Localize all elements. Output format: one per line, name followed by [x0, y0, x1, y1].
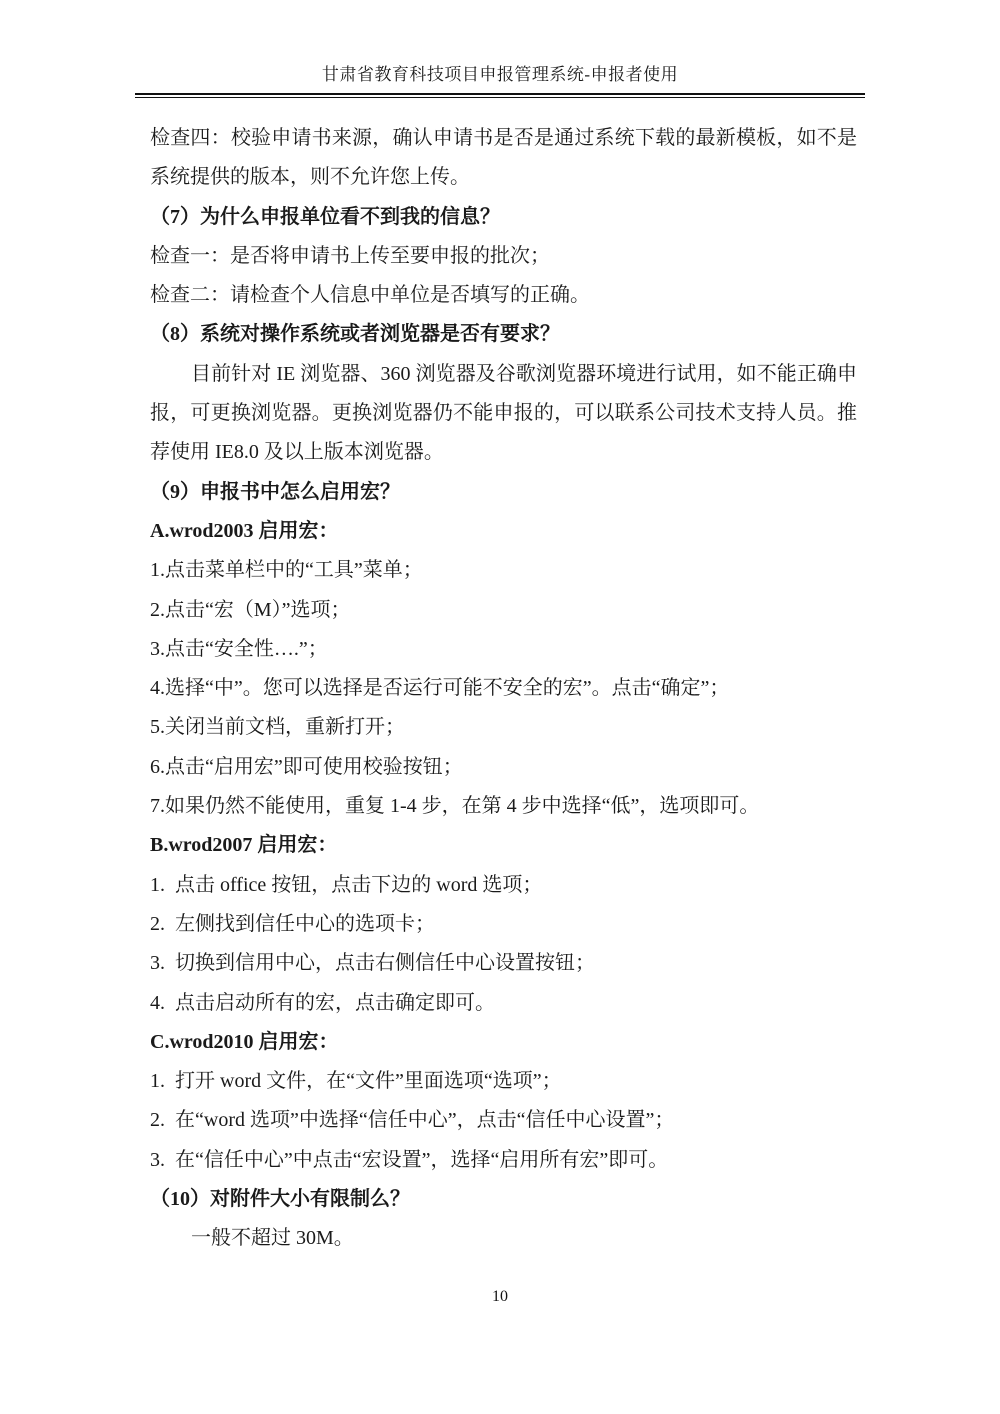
paragraph: 2. 左侧找到信任中心的选项卡； [150, 905, 857, 944]
section-heading: （8）系统对操作系统或者浏览器是否有要求？ [150, 315, 857, 354]
paragraph: 检查二：请检查个人信息中单位是否填写的正确。 [150, 276, 857, 315]
paragraph: 2.点击“宏（M）”选项； [150, 591, 857, 630]
header-rule [135, 93, 865, 98]
page-header-title: 甘肃省教育科技项目申报管理系统-申报者使用 [135, 63, 865, 87]
paragraph: 3.点击“安全性….”； [150, 630, 857, 669]
paragraph: 3. 切换到信用中心，点击右侧信任中心设置按钮； [150, 944, 857, 983]
section-heading: （9）申报书中怎么启用宏？ [150, 473, 857, 512]
header-rule-thin-line [135, 97, 865, 98]
section-heading: （10）对附件大小有限制么？ [150, 1180, 857, 1219]
paragraph: 目前针对 IE 浏览器、360 浏览器及谷歌浏览器环境进行试用，如不能正确申报，… [150, 355, 857, 473]
paragraph: 4.选择“中”。您可以选择是否运行可能不安全的宏”。点击“确定”； [150, 669, 857, 708]
document-body: 检查四：校验申请书来源，确认申请书是否是通过系统下载的最新模板，如不是系统提供的… [150, 119, 857, 1259]
paragraph: 1. 点击 office 按钮，点击下边的 word 选项； [150, 866, 857, 905]
sub-heading: C.wrod2010 启用宏： [150, 1023, 857, 1062]
paragraph: 1. 打开 word 文件，在“文件”里面选项“选项”； [150, 1062, 857, 1101]
paragraph: 检查四：校验申请书来源，确认申请书是否是通过系统下载的最新模板，如不是系统提供的… [150, 119, 857, 198]
section-heading: （7）为什么申报单位看不到我的信息？ [150, 198, 857, 237]
sub-heading: A.wrod2003 启用宏： [150, 512, 857, 551]
paragraph: 5.关闭当前文档，重新打开； [150, 708, 857, 747]
paragraph: 6.点击“启用宏”即可使用校验按钮； [150, 748, 857, 787]
page-number: 10 [0, 1286, 1000, 1308]
document-page: 甘肃省教育科技项目申报管理系统-申报者使用 检查四：校验申请书来源，确认申请书是… [0, 0, 1000, 1414]
paragraph: 一般不超过 30M。 [150, 1219, 857, 1258]
paragraph: 3. 在“信任中心”中点击“宏设置”，选择“启用所有宏”即可。 [150, 1141, 857, 1180]
sub-heading: B.wrod2007 启用宏： [150, 826, 857, 865]
paragraph: 2. 在“word 选项”中选择“信任中心”，点击“信任中心设置”； [150, 1101, 857, 1140]
paragraph: 检查一：是否将申请书上传至要申报的批次； [150, 237, 857, 276]
paragraph: 4. 点击启动所有的宏，点击确定即可。 [150, 984, 857, 1023]
paragraph: 1.点击菜单栏中的“工具”菜单； [150, 551, 857, 590]
paragraph: 7.如果仍然不能使用，重复 1-4 步，在第 4 步中选择“低”，选项即可。 [150, 787, 857, 826]
